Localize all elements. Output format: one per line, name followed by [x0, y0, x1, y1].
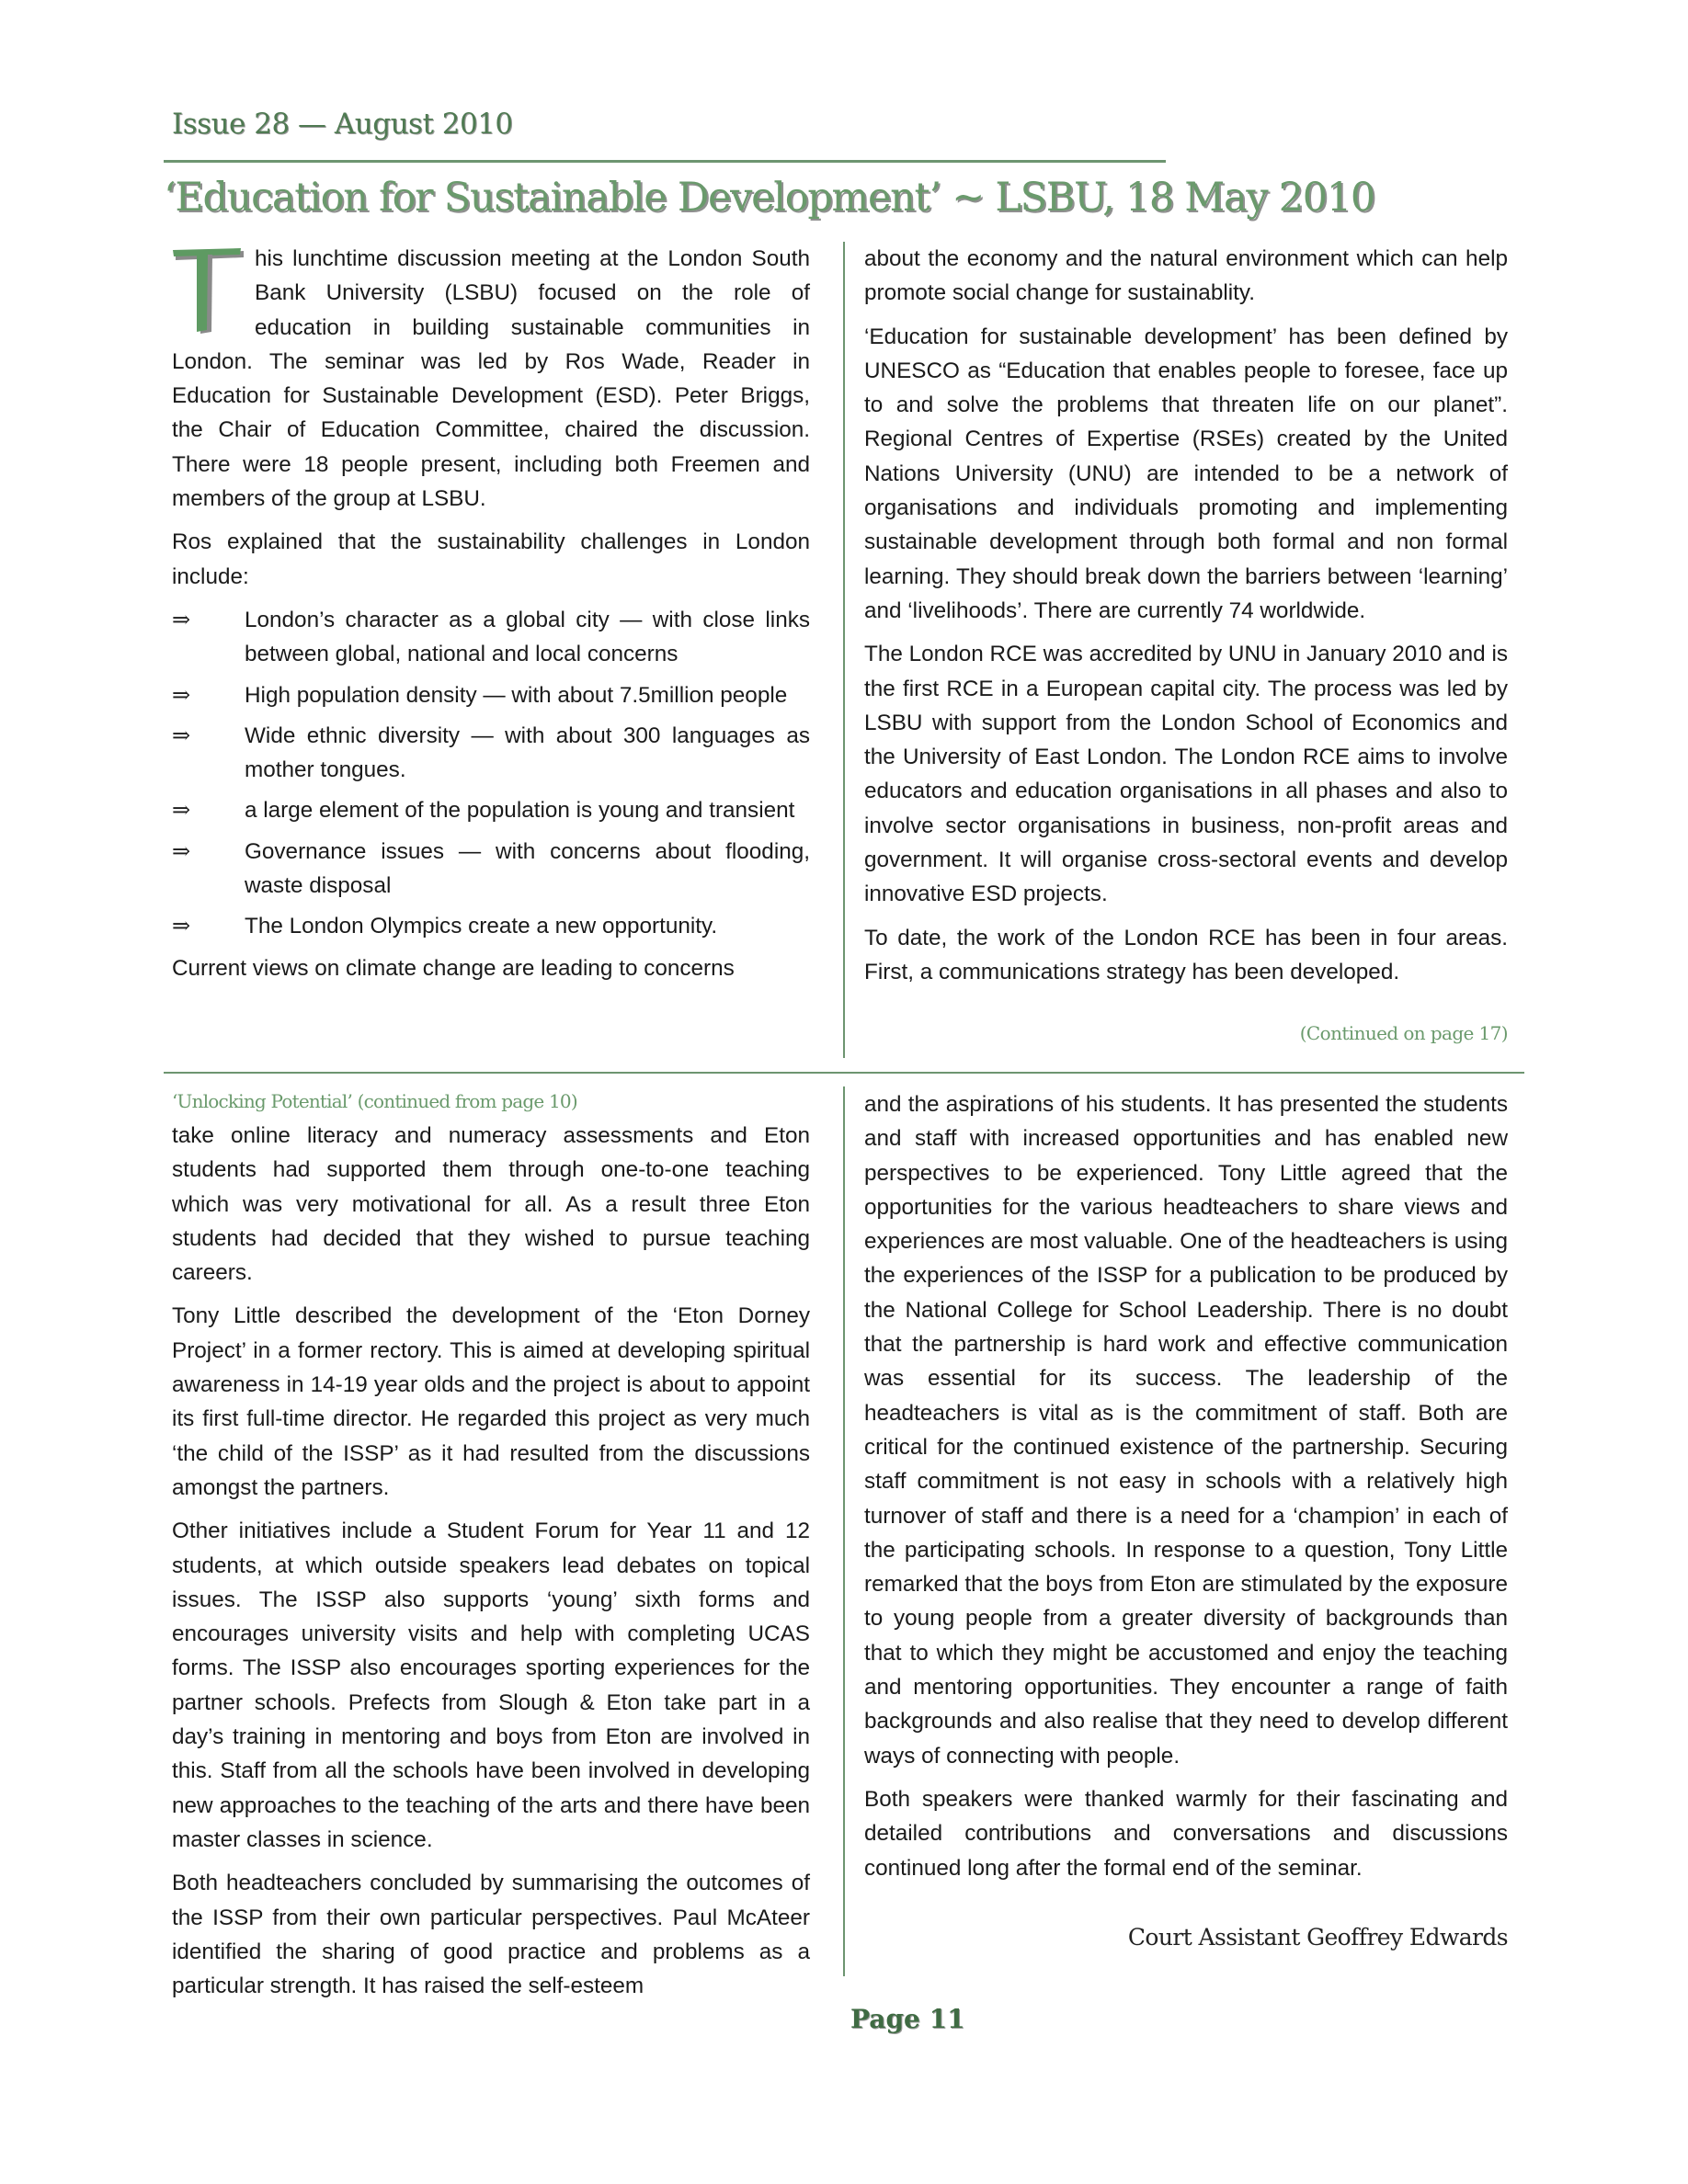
esd-intro-paragraph: his lunchtime discussion meeting at the … — [172, 242, 810, 516]
list-item: ⇒Governance issues — with concerns about… — [172, 835, 810, 904]
paragraph: Tony Little described the development of… — [172, 1299, 810, 1505]
paragraph: and the aspirations of his students. It … — [864, 1087, 1508, 1773]
header-rule — [164, 160, 1166, 163]
list-item: ⇒High population density — with about 7.… — [172, 678, 810, 712]
issue-label: Issue 28 — August 2010 — [172, 108, 513, 141]
paragraph: about the economy and the natural enviro… — [864, 242, 1508, 311]
double-arrow-icon: ⇒ — [172, 603, 190, 637]
esd-lead-in: Ros explained that the sustainability ch… — [172, 525, 810, 594]
column-divider-bottom — [843, 1086, 845, 1976]
paragraph: ‘Education for sustainable development’ … — [864, 320, 1508, 629]
paragraph: take online literacy and numeracy assess… — [172, 1119, 810, 1290]
list-item: ⇒The London Olympics create a new opport… — [172, 909, 810, 943]
double-arrow-icon: ⇒ — [172, 719, 190, 753]
continued-on-link[interactable]: (Continued on page 17) — [1300, 1022, 1508, 1044]
paragraph: Both speakers were thanked warmly for th… — [864, 1782, 1508, 1885]
esd-left-column: his lunchtime discussion meeting at the … — [172, 242, 810, 995]
paragraph: To date, the work of the London RCE has … — [864, 921, 1508, 990]
list-item: ⇒London’s character as a global city — w… — [172, 603, 810, 672]
unlocking-right-column: and the aspirations of his students. It … — [864, 1087, 1508, 1954]
dropcap-t-icon — [170, 245, 245, 334]
double-arrow-icon: ⇒ — [172, 793, 190, 827]
section-divider — [164, 1072, 1524, 1074]
paragraph: Both headteachers concluded by summarisi… — [172, 1866, 810, 2003]
esd-left-tail: Current views on climate change are lead… — [172, 951, 810, 985]
paragraph: Other initiatives include a Student Foru… — [172, 1514, 810, 1857]
page-number: Page 11 — [850, 2004, 965, 2034]
double-arrow-icon: ⇒ — [172, 678, 190, 712]
column-divider-top — [843, 242, 845, 1058]
esd-right-column: about the economy and the natural enviro… — [864, 242, 1508, 998]
double-arrow-icon: ⇒ — [172, 909, 190, 943]
esd-intro-text: his lunchtime discussion meeting at the … — [172, 246, 810, 511]
continued-from-link[interactable]: ‘Unlocking Potential’ (continued from pa… — [172, 1087, 810, 1115]
paragraph: The London RCE was accredited by UNU in … — [864, 637, 1508, 911]
unlocking-left-column: ‘Unlocking Potential’ (continued from pa… — [172, 1087, 810, 2012]
list-item: ⇒a large element of the population is yo… — [172, 793, 810, 827]
double-arrow-icon: ⇒ — [172, 835, 190, 869]
list-item: ⇒Wide ethnic diversity — with about 300 … — [172, 719, 810, 788]
author-signature: Court Assistant Geoffrey Edwards — [864, 1920, 1508, 1954]
article-headline: ‘Education for Sustainable Development’ … — [164, 175, 1374, 221]
challenges-list: ⇒London’s character as a global city — w… — [172, 603, 810, 944]
